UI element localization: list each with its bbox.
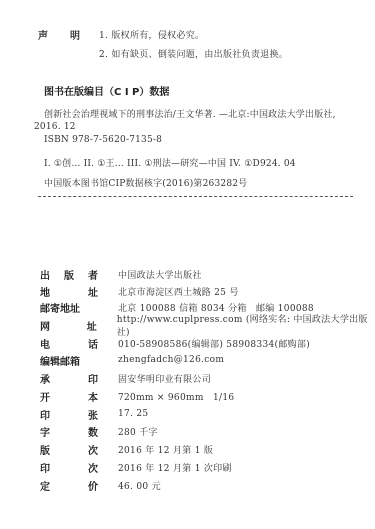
info-row-sheets: 印 张 17. 25 [40,406,148,422]
info-row-format: 开 本 720mm × 960mm 1/16 [40,388,234,404]
statement-label-char: 声 [38,27,48,42]
info-value: 010-58908586(编辑部) 58908334(邮购部) [118,337,310,350]
info-row-editor-email: 编 辑 邮 箱 zhengfadch@126.com [40,352,224,368]
cip-title: 图书在版编目（C I P）数据 [44,83,169,98]
info-label: 印 次 [40,460,118,475]
info-value: 46. 00 元 [118,479,161,492]
cip-book-entry: 创新社会治理视域下的刑事法治/王文华著. —北京:中国政法大学出版社, [44,107,336,120]
cip-classification: I. ①创… II. ①王… III. ①刑法—研究—中国 IV. ①D924.… [44,156,296,169]
info-label: 编 辑 邮 箱 [40,353,118,368]
info-label: 字 数 [40,424,118,439]
dashed-divider [38,196,353,197]
statement-item-copyright: 1. 版权所有，侵权必究。 [99,28,204,41]
info-value: 2016 年 12 月第 1 版 [118,443,213,456]
info-value: 2016 年 12 月第 1 次印刷 [118,461,232,474]
info-row-word-count: 字 数 280 千字 [40,423,158,439]
info-label: 承 印 [40,371,118,386]
info-value: 720mm × 960mm 1/16 [118,390,234,403]
info-value: 中国政法大学出版社 [118,268,202,281]
info-label: 网 址 [40,318,117,333]
cip-date: 2016. 12 [34,122,76,132]
info-value: 280 千字 [118,425,158,438]
info-label: 版 次 [40,442,118,457]
info-value: 17. 25 [118,409,148,419]
info-label: 电 话 [40,336,118,351]
info-row-phone: 电 话 010-58908586(编辑部) 58908334(邮购部) [40,335,310,351]
info-value: 固安华明印业有限公司 [118,372,211,385]
statement-label-char: 明 [70,27,80,42]
info-row-price: 定 价 46. 00 元 [40,477,161,493]
cip-record-number: 中国版本图书馆CIP数据核字(2016)第263282号 [44,176,247,189]
info-row-website: 网 址 http://www.cuplpress.com (网络实名: 中国政法… [40,317,375,333]
info-label: 地 址 [40,284,118,299]
statement-item-defects: 2. 如有缺页、倒装问题，由出版社负责退换。 [99,47,288,60]
info-label: 邮 寄 地 址 [40,300,118,315]
info-row-publisher: 出 版 者 中国政法大学出版社 [40,266,202,282]
info-row-edition: 版 次 2016 年 12 月第 1 版 [40,441,213,457]
info-row-printing: 印 次 2016 年 12 月第 1 次印刷 [40,459,232,475]
info-row-address: 地 址 北京市海淀区西土城路 25 号 [40,283,239,299]
email-link[interactable]: zhengfadch@126.com [118,355,224,365]
statement-label: 声 明 [38,27,80,42]
info-row-printer: 承 印 固安华明印业有限公司 [40,370,211,386]
info-value: 北京市海淀区西土城路 25 号 [118,285,239,298]
info-label: 开 本 [40,389,118,404]
info-label: 定 价 [40,478,118,493]
info-label: 出 版 者 [40,267,118,282]
info-label: 印 张 [40,407,118,422]
cip-isbn: ISBN 978-7-5620-7135-8 [44,135,162,145]
